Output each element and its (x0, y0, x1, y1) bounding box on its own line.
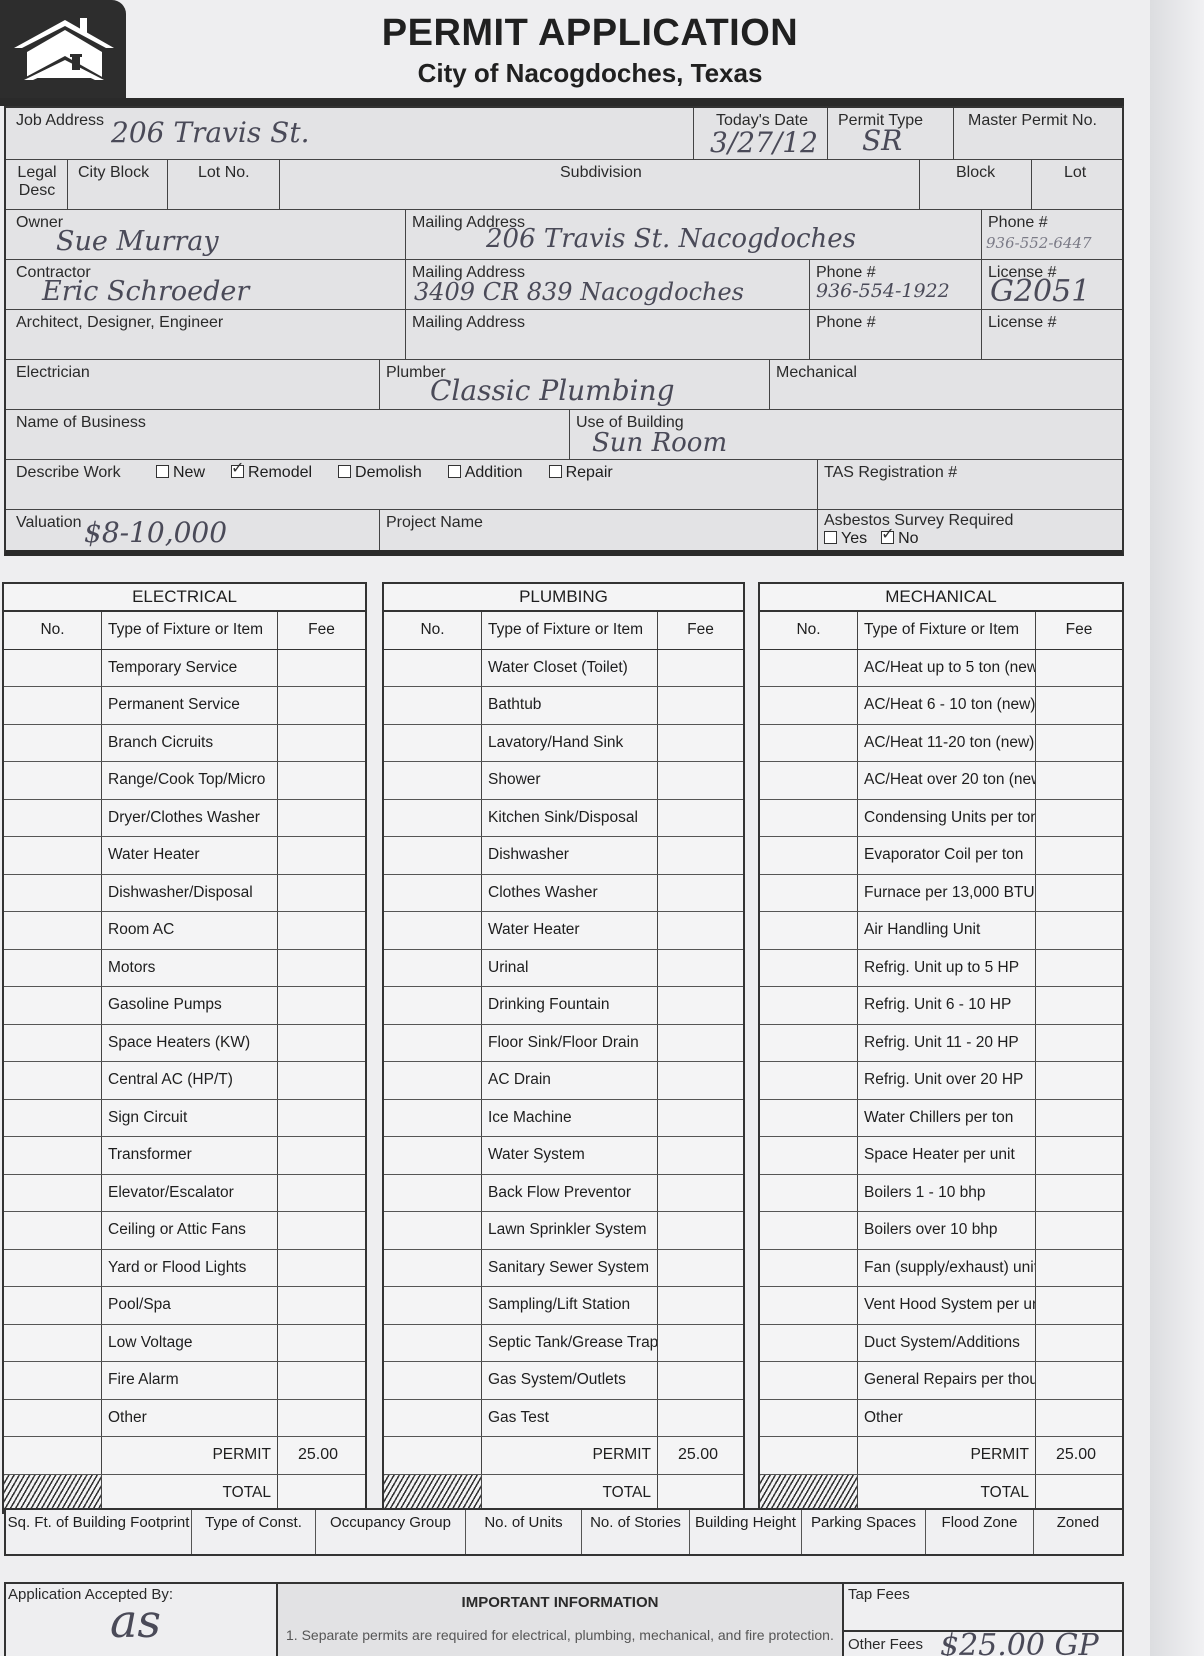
plumbing-fee-input[interactable] (658, 837, 743, 874)
building-flood-zone-field[interactable]: Flood Zone (926, 1510, 1034, 1554)
tap-fees-field[interactable]: Tap Fees (844, 1584, 1122, 1632)
col-no-header: No. (4, 612, 102, 649)
tas-registration-label: TAS Registration # (824, 464, 957, 482)
plumbing-qty-input[interactable] (384, 912, 482, 949)
owner-mailing-value: 206 Travis St. Nacogdoches (486, 224, 856, 254)
plumbing-item-label: Septic Tank/Grease Trap (482, 1325, 658, 1362)
plumbing-fee-input[interactable] (658, 1100, 743, 1137)
electrical-qty-input[interactable] (4, 1062, 102, 1099)
checkbox-icon[interactable] (824, 531, 837, 544)
electrical-item-label: Permanent Service (102, 687, 278, 724)
plumbing-fee-input[interactable] (658, 1212, 743, 1249)
checkbox-icon[interactable] (338, 465, 351, 478)
table-row: Floor Sink/Floor Drain (384, 1025, 743, 1063)
mechanical-qty-input[interactable] (760, 1287, 858, 1324)
plumbing-qty-input[interactable] (384, 1025, 482, 1062)
table-row: Condensing Units per ton (760, 800, 1122, 838)
permit-type-field[interactable]: Permit Type SR (828, 108, 954, 160)
applicant-form: Job Address 206 Travis St. Today's Date … (4, 106, 1124, 556)
plumbing-item-label: Gas Test (482, 1400, 658, 1437)
mechanical-title: MECHANICAL (760, 584, 1122, 612)
mechanical-fee-input[interactable] (1036, 1250, 1122, 1287)
plumbing-qty-input[interactable] (384, 725, 482, 762)
plumbing-qty-input[interactable] (384, 650, 482, 687)
lot-field[interactable]: Lot (1032, 160, 1122, 210)
valuation-field[interactable]: Valuation $8-10,000 (6, 510, 380, 550)
electrical-fee-input[interactable] (278, 1137, 365, 1174)
lot-label: Lot (1064, 164, 1086, 182)
table-row: Air Handling Unit (760, 912, 1122, 950)
tas-registration-field[interactable]: TAS Registration # (818, 460, 1122, 510)
plumber-field[interactable]: Plumber Classic Plumbing (380, 360, 770, 410)
mechanical-fee-input[interactable] (1036, 800, 1122, 837)
table-row: Bathtub (384, 687, 743, 725)
block-field[interactable]: Block (920, 160, 1032, 210)
table-row: Dryer/Clothes Washer (4, 800, 365, 838)
electrical-qty-input[interactable] (4, 1287, 102, 1324)
table-row: Gasoline Pumps (4, 987, 365, 1025)
lot-no-field[interactable]: Lot No. (168, 160, 280, 210)
work-type-addition-label: Addition (465, 464, 523, 481)
mechanical-fee-input[interactable] (1036, 875, 1122, 912)
job-address-value: 206 Travis St. (111, 116, 309, 149)
subdivision-field[interactable]: Subdivision (280, 160, 920, 210)
plumbing-qty-input[interactable] (384, 950, 482, 987)
electrical-qty-input[interactable] (4, 1362, 102, 1399)
plumbing-item-label: Clothes Washer (482, 875, 658, 912)
important-info-title: IMPORTANT INFORMATION (278, 1594, 842, 1611)
table-row: Range/Cook Top/Micro (4, 762, 365, 800)
mechanical-fee-input[interactable] (1036, 1325, 1122, 1362)
mechanical-qty-input[interactable] (760, 1362, 858, 1399)
plumbing-fee-input[interactable] (658, 762, 743, 799)
mechanical-qty-input[interactable] (760, 837, 858, 874)
plumbing-total-fee[interactable] (658, 1475, 743, 1513)
electrical-fee-input[interactable] (278, 1250, 365, 1287)
mechanical-item-label: Vent Hood System per unit (858, 1287, 1036, 1324)
architect-phone-field[interactable]: Phone # (810, 310, 982, 360)
table-row: Vent Hood System per unit (760, 1287, 1122, 1325)
plumbing-fee-input[interactable] (658, 650, 743, 687)
mechanical-fee-input[interactable] (1036, 837, 1122, 874)
table-row: Room AC (4, 912, 365, 950)
mechanical-qty-input[interactable] (760, 875, 858, 912)
mechanical-permit-fee: 25.00 (1036, 1437, 1122, 1474)
plumbing-permit-blank (384, 1437, 482, 1474)
table-row: Space Heaters (KW) (4, 1025, 365, 1063)
table-row: Other (4, 1400, 365, 1438)
mechanical-fee-input[interactable] (1036, 650, 1122, 687)
electrical-fee-input[interactable] (278, 725, 365, 762)
checkbox-icon[interactable] (448, 465, 461, 478)
plumbing-fee-input[interactable] (658, 912, 743, 949)
electrical-item-label: Fire Alarm (102, 1362, 278, 1399)
mechanical-qty-input[interactable] (760, 950, 858, 987)
electrical-fee-input[interactable] (278, 912, 365, 949)
mechanical-qty-input[interactable] (760, 687, 858, 724)
mechanical-fee-input[interactable] (1036, 912, 1122, 949)
mechanical-item-label: Refrig. Unit 6 - 10 HP (858, 987, 1036, 1024)
hatched-cell (760, 1475, 858, 1513)
table-row: Branch Cicruits (4, 725, 365, 763)
mechanical-item-label: AC/Heat over 20 ton (new) (858, 762, 1036, 799)
work-type-remodel-label: Remodel (248, 464, 312, 481)
checkbox-icon[interactable] (156, 465, 169, 478)
table-row: Sampling/Lift Station (384, 1287, 743, 1325)
electrical-qty-input[interactable] (4, 1212, 102, 1249)
electrical-fee-input[interactable] (278, 1325, 365, 1362)
plumbing-qty-input[interactable] (384, 1100, 482, 1137)
electrical-qty-input[interactable] (4, 875, 102, 912)
electrical-item-label: Elevator/Escalator (102, 1175, 278, 1212)
electrical-fee-input[interactable] (278, 1025, 365, 1062)
electrical-fee-input[interactable] (278, 875, 365, 912)
mechanical-fee-input[interactable] (1036, 950, 1122, 987)
other-fees-field[interactable]: Other Fees $25.00 GP (844, 1632, 1122, 1656)
project-name-field[interactable]: Project Name (380, 510, 818, 550)
electrical-fee-input[interactable] (278, 1062, 365, 1099)
electrical-qty-input[interactable] (4, 1175, 102, 1212)
legal-desc-cell: Legal Desc (6, 160, 68, 210)
work-type-new-option[interactable]: New (156, 464, 205, 482)
lot-no-label: Lot No. (198, 164, 250, 182)
owner-field[interactable]: Owner Sue Murray (6, 210, 406, 260)
mechanical-fee-input[interactable] (1036, 762, 1122, 799)
mechanical-qty-input[interactable] (760, 650, 858, 687)
table-row: Kitchen Sink/Disposal (384, 800, 743, 838)
mechanical-qty-input[interactable] (760, 912, 858, 949)
electrical-item-label: Transformer (102, 1137, 278, 1174)
mechanical-item-label: Duct System/Additions (858, 1325, 1036, 1362)
table-row: Space Heater per unit (760, 1137, 1122, 1175)
mechanical-qty-input[interactable] (760, 1175, 858, 1212)
plumbing-item-label: AC Drain (482, 1062, 658, 1099)
business-name-label: Name of Business (16, 414, 146, 432)
contractor-license-value: G2051 (990, 274, 1090, 309)
table-row: Water Closet (Toilet) (384, 650, 743, 688)
other-fees-label: Other Fees (848, 1636, 923, 1653)
electrical-qty-input[interactable] (4, 912, 102, 949)
asbestos-no-option[interactable]: No (881, 530, 918, 548)
electrical-fee-input[interactable] (278, 1400, 365, 1437)
building-occupancy-group-field[interactable]: Occupancy Group (316, 1510, 466, 1554)
mechanical-item-label: Other (858, 1400, 1036, 1437)
legal-desc-label: Legal Desc (12, 164, 62, 200)
plumbing-item-label: Sanitary Sewer System (482, 1250, 658, 1287)
describe-work-field: Describe Work NewRemodelDemolishAddition… (6, 460, 818, 510)
contractor-field[interactable]: Contractor Eric Schroeder (6, 260, 406, 310)
electrical-qty-input[interactable] (4, 837, 102, 874)
plumbing-qty-input[interactable] (384, 837, 482, 874)
mechanical-field[interactable]: Mechanical (770, 360, 1122, 410)
col-type-header: Type of Fixture or Item (858, 612, 1036, 649)
work-type-demolish-option[interactable]: Demolish (338, 464, 422, 482)
mechanical-qty-input[interactable] (760, 725, 858, 762)
work-type-addition-option[interactable]: Addition (448, 464, 523, 482)
contractor-license-field[interactable]: License # G2051 (982, 260, 1122, 310)
architect-field[interactable]: Architect, Designer, Engineer (6, 310, 406, 360)
asbestos-yes-option[interactable]: Yes (824, 530, 867, 548)
plumbing-qty-input[interactable] (384, 1400, 482, 1437)
checkbox-icon[interactable] (881, 531, 894, 544)
plumbing-fee-input[interactable] (658, 1287, 743, 1324)
plumbing-qty-input[interactable] (384, 1287, 482, 1324)
mechanical-fee-input[interactable] (1036, 1175, 1122, 1212)
col-no-header: No. (760, 612, 858, 649)
mechanical-qty-input[interactable] (760, 1100, 858, 1137)
owner-phone-label: Phone # (988, 214, 1048, 232)
electrical-fee-input[interactable] (278, 650, 365, 687)
electrical-fee-input[interactable] (278, 950, 365, 987)
plumbing-qty-input[interactable] (384, 987, 482, 1024)
electrical-fee-input[interactable] (278, 987, 365, 1024)
work-type-repair-label: Repair (566, 464, 613, 481)
mechanical-total-fee[interactable] (1036, 1475, 1122, 1513)
plumbing-qty-input[interactable] (384, 875, 482, 912)
hatched-cell (4, 1475, 102, 1513)
plumbing-item-label: Sampling/Lift Station (482, 1287, 658, 1324)
table-row: Fire Alarm (4, 1362, 365, 1400)
contractor-mailing-field[interactable]: Mailing Address 3409 CR 839 Nacogdoches (406, 260, 810, 310)
electrical-fee-input[interactable] (278, 800, 365, 837)
electrical-qty-input[interactable] (4, 1400, 102, 1437)
important-info-text: 1. Separate permits are required for ele… (286, 1627, 836, 1643)
electrical-item-label: Ceiling or Attic Fans (102, 1212, 278, 1249)
permit-type-value: SR (862, 124, 902, 157)
building-no-of-units-field[interactable]: No. of Units (466, 1510, 582, 1554)
plumbing-fee-input[interactable] (658, 1250, 743, 1287)
owner-phone-field[interactable]: Phone # 936-552-6447 (982, 210, 1122, 260)
plumbing-qty-input[interactable] (384, 1325, 482, 1362)
electrical-qty-input[interactable] (4, 650, 102, 687)
mechanical-item-label: AC/Heat up to 5 ton (new) (858, 650, 1036, 687)
plumbing-qty-input[interactable] (384, 1362, 482, 1399)
electrical-qty-input[interactable] (4, 950, 102, 987)
table-row: Septic Tank/Grease Trap (384, 1325, 743, 1363)
electrical-qty-input[interactable] (4, 1100, 102, 1137)
job-address-field[interactable]: Job Address 206 Travis St. (6, 108, 694, 160)
table-row: Other (760, 1400, 1122, 1438)
mechanical-fee-input[interactable] (1036, 1025, 1122, 1062)
plumbing-item-label: Lavatory/Hand Sink (482, 725, 658, 762)
plumbing-fee-input[interactable] (658, 1400, 743, 1437)
table-row: Refrig. Unit 6 - 10 HP (760, 987, 1122, 1025)
plumbing-fee-input[interactable] (658, 1325, 743, 1362)
table-row: Temporary Service (4, 650, 365, 688)
mechanical-permit-label: PERMIT (858, 1437, 1036, 1474)
mechanical-fee-input[interactable] (1036, 1400, 1122, 1437)
electrical-fee-input[interactable] (278, 1100, 365, 1137)
mechanical-qty-input[interactable] (760, 1137, 858, 1174)
electrical-fee-input[interactable] (278, 1287, 365, 1324)
mechanical-qty-input[interactable] (760, 762, 858, 799)
business-name-field[interactable]: Name of Business (6, 410, 570, 460)
table-row: Central AC (HP/T) (4, 1062, 365, 1100)
valuation-label: Valuation (16, 514, 82, 532)
mechanical-table: MECHANICALNo.Type of Fixture or ItemFeeA… (758, 582, 1124, 1514)
todays-date-field[interactable]: Today's Date 3/27/12 (694, 108, 828, 160)
building-type-of-const-field[interactable]: Type of Const. (192, 1510, 316, 1554)
electrical-qty-input[interactable] (4, 1325, 102, 1362)
plumbing-qty-input[interactable] (384, 1062, 482, 1099)
electrical-fee-input[interactable] (278, 1362, 365, 1399)
electrical-item-label: Branch Cicruits (102, 725, 278, 762)
plumbing-qty-input[interactable] (384, 1212, 482, 1249)
table-row: Sign Circuit (4, 1100, 365, 1138)
electrician-field[interactable]: Electrician (6, 360, 380, 410)
mechanical-qty-input[interactable] (760, 1212, 858, 1249)
electrical-table: ELECTRICALNo.Type of Fixture or ItemFeeT… (2, 582, 367, 1514)
electrical-fee-input[interactable] (278, 762, 365, 799)
mechanical-item-label: Furnace per 13,000 BTU (858, 875, 1036, 912)
electrical-qty-input[interactable] (4, 762, 102, 799)
electrical-qty-input[interactable] (4, 687, 102, 724)
electrical-qty-input[interactable] (4, 987, 102, 1024)
plumbing-fee-input[interactable] (658, 950, 743, 987)
work-type-repair-option[interactable]: Repair (549, 464, 613, 482)
building-parking-spaces-field[interactable]: Parking Spaces (802, 1510, 926, 1554)
building-building-height-field[interactable]: Building Height (690, 1510, 802, 1554)
plumbing-qty-input[interactable] (384, 1250, 482, 1287)
checkbox-icon[interactable] (231, 465, 244, 478)
electrical-qty-input[interactable] (4, 800, 102, 837)
asbestos-no-label: No (898, 530, 918, 547)
mechanical-fee-input[interactable] (1036, 1100, 1122, 1137)
important-info: IMPORTANT INFORMATION 1. Separate permit… (278, 1584, 844, 1656)
mechanical-permit-blank (760, 1437, 858, 1474)
mechanical-fee-input[interactable] (1036, 1062, 1122, 1099)
table-row: Water Chillers per ton (760, 1100, 1122, 1138)
contractor-value: Eric Schroeder (42, 276, 249, 307)
mechanical-qty-input[interactable] (760, 1250, 858, 1287)
electrical-qty-input[interactable] (4, 1250, 102, 1287)
electrical-fee-input[interactable] (278, 837, 365, 874)
plumbing-qty-input[interactable] (384, 1175, 482, 1212)
plumbing-qty-input[interactable] (384, 687, 482, 724)
mechanical-fee-input[interactable] (1036, 987, 1122, 1024)
accepted-by-field[interactable]: Application Accepted By: as (6, 1584, 278, 1656)
city-block-field[interactable]: City Block (68, 160, 168, 210)
table-row: Water Heater (384, 912, 743, 950)
mechanical-item-label: Refrig. Unit 11 - 20 HP (858, 1025, 1036, 1062)
electrical-item-label: Motors (102, 950, 278, 987)
architect-mailing-field[interactable]: Mailing Address (406, 310, 810, 360)
electrical-title: ELECTRICAL (4, 584, 365, 612)
mechanical-item-label: Boilers 1 - 10 bhp (858, 1175, 1036, 1212)
electrical-qty-input[interactable] (4, 725, 102, 762)
electrical-item-label: Sign Circuit (102, 1100, 278, 1137)
electrical-qty-input[interactable] (4, 1137, 102, 1174)
job-address-label: Job Address (16, 112, 104, 130)
mechanical-fee-input[interactable] (1036, 1362, 1122, 1399)
mechanical-fee-input[interactable] (1036, 1137, 1122, 1174)
table-row: Urinal (384, 950, 743, 988)
mechanical-header-row: No.Type of Fixture or ItemFee (760, 612, 1122, 650)
master-permit-field[interactable]: Master Permit No. (954, 108, 1122, 160)
work-type-demolish-label: Demolish (355, 464, 422, 481)
electrical-fee-input[interactable] (278, 687, 365, 724)
electrical-fee-input[interactable] (278, 1212, 365, 1249)
plumbing-fee-input[interactable] (658, 1025, 743, 1062)
table-row: Lawn Sprinkler System (384, 1212, 743, 1250)
mechanical-item-label: AC/Heat 6 - 10 ton (new) (858, 687, 1036, 724)
owner-value: Sue Murray (56, 226, 219, 257)
plumbing-fee-input[interactable] (658, 800, 743, 837)
mechanical-total-row: TOTAL (760, 1475, 1122, 1513)
building-no-of-stories-field[interactable]: No. of Stories (582, 1510, 690, 1554)
page-title: PERMIT APPLICATION (300, 12, 880, 55)
building-zoned-field[interactable]: Zoned (1034, 1510, 1122, 1554)
building-sq-ft-of-building-footprint-field[interactable]: Sq. Ft. of Building Footprint (6, 1510, 192, 1554)
plumbing-total-row: TOTAL (384, 1475, 743, 1513)
col-fee-header: Fee (278, 612, 365, 649)
table-row: Ceiling or Attic Fans (4, 1212, 365, 1250)
mechanical-fee-input[interactable] (1036, 1287, 1122, 1324)
mechanical-item-label: Space Heater per unit (858, 1137, 1036, 1174)
mechanical-qty-input[interactable] (760, 1325, 858, 1362)
table-row: Motors (4, 950, 365, 988)
mechanical-qty-input[interactable] (760, 1025, 858, 1062)
mechanical-qty-input[interactable] (760, 800, 858, 837)
electrical-total-fee[interactable] (278, 1475, 365, 1513)
mechanical-qty-input[interactable] (760, 987, 858, 1024)
electrical-total-row: TOTAL (4, 1475, 365, 1513)
mechanical-fee-input[interactable] (1036, 725, 1122, 762)
plumbing-fee-input[interactable] (658, 725, 743, 762)
owner-mailing-field[interactable]: Mailing Address 206 Travis St. Nacogdoch… (406, 210, 982, 260)
use-of-building-field[interactable]: Use of Building Sun Room (570, 410, 1122, 460)
plumbing-qty-input[interactable] (384, 762, 482, 799)
work-type-remodel-option[interactable]: Remodel (231, 464, 312, 482)
table-row: Low Voltage (4, 1325, 365, 1363)
electrical-qty-input[interactable] (4, 1025, 102, 1062)
table-row: Clothes Washer (384, 875, 743, 913)
valuation-value: $8-10,000 (84, 516, 227, 549)
plumbing-qty-input[interactable] (384, 800, 482, 837)
table-row: Refrig. Unit up to 5 HP (760, 950, 1122, 988)
architect-license-label: License # (988, 314, 1057, 332)
mechanical-item-label: Fan (supply/exhaust) unit (858, 1250, 1036, 1287)
checkbox-icon[interactable] (549, 465, 562, 478)
plumbing-fee-input[interactable] (658, 1137, 743, 1174)
architect-label: Architect, Designer, Engineer (16, 314, 223, 332)
other-fees-value: $25.00 GP (940, 1628, 1099, 1656)
logo (0, 0, 126, 98)
asbestos-yes-label: Yes (841, 530, 867, 547)
plumbing-fee-input[interactable] (658, 875, 743, 912)
plumbing-fee-input[interactable] (658, 1362, 743, 1399)
page-edge (1150, 0, 1204, 1656)
plumbing-fee-input[interactable] (658, 687, 743, 724)
plumbing-fee-input[interactable] (658, 1175, 743, 1212)
contractor-phone-field[interactable]: Phone # 936-554-1922 (810, 260, 982, 310)
plumbing-fee-input[interactable] (658, 1062, 743, 1099)
electrical-item-label: Low Voltage (102, 1325, 278, 1362)
architect-license-field[interactable]: License # (982, 310, 1122, 360)
plumbing-permit-label: PERMIT (482, 1437, 658, 1474)
electrical-fee-input[interactable] (278, 1175, 365, 1212)
mechanical-label: Mechanical (776, 364, 857, 382)
mechanical-qty-input[interactable] (760, 1400, 858, 1437)
electrical-header-row: No.Type of Fixture or ItemFee (4, 612, 365, 650)
electrical-permit-fee: 25.00 (278, 1437, 365, 1474)
plumbing-qty-input[interactable] (384, 1137, 482, 1174)
mechanical-fee-input[interactable] (1036, 687, 1122, 724)
mechanical-qty-input[interactable] (760, 1062, 858, 1099)
mechanical-fee-input[interactable] (1036, 1212, 1122, 1249)
plumbing-fee-input[interactable] (658, 987, 743, 1024)
table-row: AC/Heat 6 - 10 ton (new) (760, 687, 1122, 725)
